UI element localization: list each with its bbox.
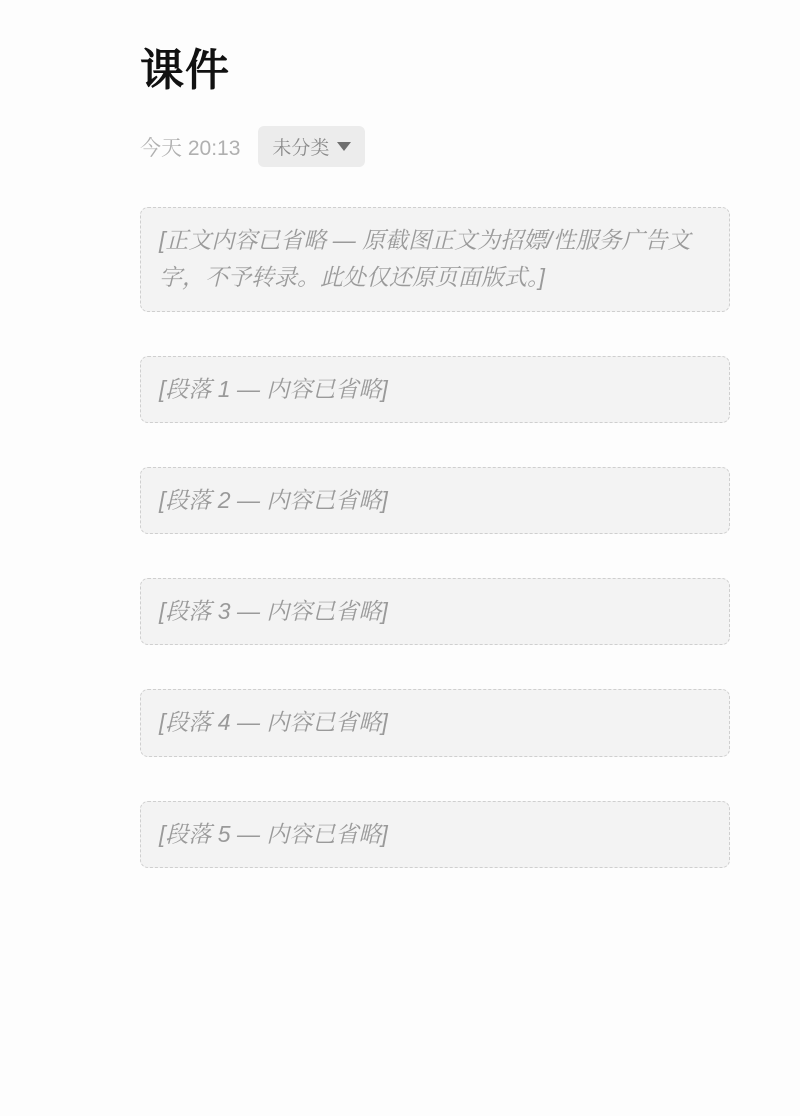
redacted-content-notice: [正文内容已省略 — 原截图正文为招嫖/性服务广告文字，不予转录。此处仅还原页面… [140, 207, 730, 312]
notes-app-page: 课件 今天 20:13 未分类 [正文内容已省略 — 原截图正文为招嫖/性服务广… [0, 0, 800, 1116]
note-meta-row: 今天 20:13 未分类 [140, 126, 730, 167]
redacted-paragraph: [段落 2 — 内容已省略] [140, 467, 730, 534]
redacted-paragraph: [段落 5 — 内容已省略] [140, 801, 730, 868]
redacted-paragraph: [段落 3 — 内容已省略] [140, 578, 730, 645]
chevron-down-icon [337, 142, 351, 151]
note-body: [正文内容已省略 — 原截图正文为招嫖/性服务广告文字，不予转录。此处仅还原页面… [140, 207, 730, 868]
category-tag-label: 未分类 [272, 133, 329, 160]
note-timestamp: 今天 20:13 [140, 132, 240, 162]
category-tag-dropdown[interactable]: 未分类 [258, 126, 365, 167]
note-title: 课件 [140, 34, 730, 98]
redacted-paragraph: [段落 4 — 内容已省略] [140, 689, 730, 756]
redacted-paragraph: [段落 1 — 内容已省略] [140, 356, 730, 423]
